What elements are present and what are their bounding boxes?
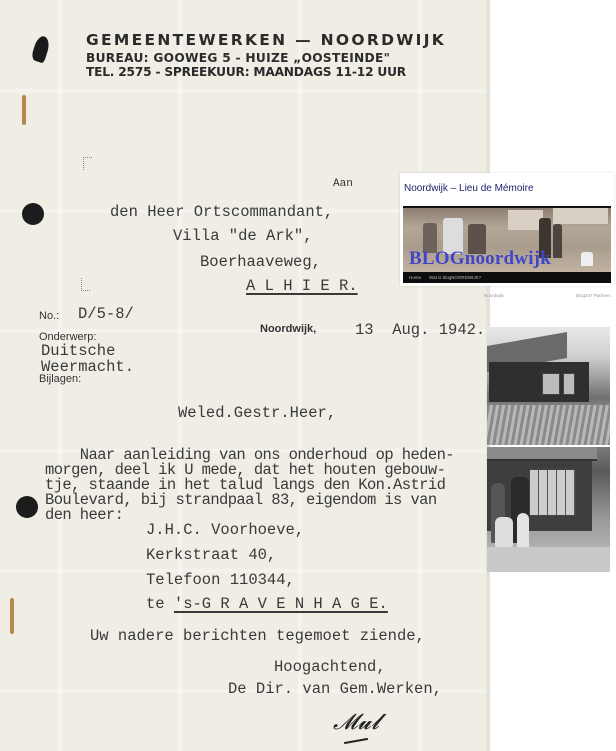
fold-mark — [81, 278, 90, 291]
blog-logo: BLOGnoordwijk — [409, 248, 551, 270]
recipient-line-1: den Heer Ortscommandant, — [110, 203, 333, 221]
owner-city-prefix: te — [146, 595, 174, 613]
nav-home[interactable]: Home — [409, 275, 421, 280]
letterhead-title: GEMEENTEWERKEN — NOORDWIJK — [86, 31, 446, 49]
blog-banner-image[interactable]: BLOGnoordwijk — [403, 206, 611, 274]
ink-blot — [30, 34, 51, 63]
photo-family-pavilion — [487, 447, 610, 572]
blog-widget[interactable]: Noordwijk – Lieu de Mémoire BLOGnoordwij… — [400, 173, 614, 286]
photo-beach-hut — [487, 327, 610, 445]
letterhead-contact: TEL. 2575 - SPREEKUUR: MAANDAGS 11-12 UU… — [86, 65, 406, 79]
blog-footer-left: Noordwijk — [484, 293, 504, 298]
punch-hole-bottom — [16, 496, 38, 518]
blog-footer-right: Blog247 Partners — [576, 293, 611, 298]
letterhead-address: BUREAU: GOOWEG 5 - HUIZE „OOSTEINDE" — [86, 51, 390, 65]
place-label: Noordwijk, — [260, 323, 316, 335]
letter-date: 13 Aug. 1942. — [355, 321, 485, 339]
recipient-line-4: A L H I E R. — [246, 277, 358, 295]
closing-line: Uw nadere berichten tegemoet ziende, — [90, 627, 425, 645]
owner-city: 's-G R A V E N H A G E. — [174, 595, 388, 613]
owner-street: Kerkstraat 40, — [146, 546, 276, 564]
rust-mark-top — [22, 95, 26, 125]
recipient-line-2: Villa "de Ark", — [173, 227, 313, 245]
no-value: D/5-8/ — [78, 305, 134, 323]
signature-underline — [344, 738, 368, 744]
signature: 𝓜𝓾𝓵 — [333, 710, 380, 735]
body-line-5: den heer: — [45, 506, 123, 524]
salutation: Weled.Gestr.Heer, — [178, 404, 336, 422]
aan-label: Aan — [333, 178, 353, 190]
no-label: No.: — [39, 310, 59, 322]
greeting: Hoogachtend, — [274, 658, 386, 676]
bijlagen-label: Bijlagen: — [39, 373, 81, 385]
owner-phone: Telefoon 110344, — [146, 571, 295, 589]
letter-scan: GEMEENTEWERKEN — NOORDWIJK BUREAU: GOOWE… — [0, 0, 488, 751]
signatory: De Dir. van Gem.Werken, — [228, 680, 442, 698]
owner-name: J.H.C. Voorhoeve, — [146, 521, 304, 539]
rust-mark-bottom — [10, 598, 14, 634]
punch-hole-top — [22, 203, 44, 225]
owner-city-line: te 's-G R A V E N H A G E. — [146, 595, 388, 613]
nav-about[interactable]: Wat is blogNOORDWIJK? — [429, 275, 481, 280]
blog-navbar: Home Wat is blogNOORDWIJK? — [403, 272, 611, 283]
recipient-line-3: Boerhaaveweg, — [200, 253, 321, 271]
fold-mark — [83, 157, 92, 170]
blog-title[interactable]: Noordwijk – Lieu de Mémoire — [404, 183, 534, 194]
